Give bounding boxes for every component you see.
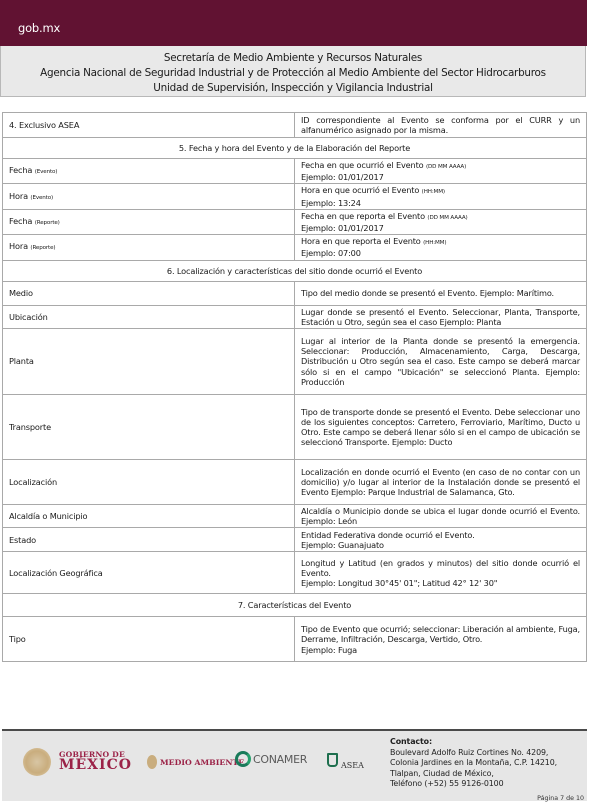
section-5-title: 5. Fecha y hora del Evento y de la Elabo… (3, 138, 587, 159)
row-label: Ubicación (3, 305, 295, 328)
gob-line-2: MÉXICO (59, 759, 132, 772)
national-seal-icon (23, 748, 51, 776)
table-row: Hora (Reporte) Hora en que reporta el Ev… (3, 235, 587, 260)
label-text: Hora (9, 241, 28, 251)
row-label: Alcaldía o Municipio (3, 505, 295, 528)
format-hint: (HH:MM) (423, 240, 446, 246)
example-text: Ejemplo: 13:24 (301, 198, 361, 208)
label-qualifier: (Reporte) (35, 220, 60, 226)
table-row: Planta Lugar al interior de la Planta do… (3, 329, 587, 395)
section-header-row: 6. Localización y características del si… (3, 260, 587, 281)
example-text: Ejemplo: 07:00 (301, 248, 361, 258)
table-row: Transporte Tipo de transporte donde se p… (3, 395, 587, 460)
example-text: Ejemplo: 01/01/2017 (301, 223, 384, 233)
row-label: Tipo (3, 617, 295, 662)
row-label: Fecha (Evento) (3, 159, 295, 184)
contact-block: Contacto: Boulevard Adolfo Ruiz Cortines… (390, 737, 557, 790)
row-description: Tipo de Evento que ocurrió; seleccionar:… (295, 617, 587, 662)
row-description: Fecha en que reporta el Evento (DD MM AA… (295, 209, 587, 234)
label-text: Fecha (9, 165, 32, 175)
seal-icon (147, 755, 157, 769)
row-label: Planta (3, 329, 295, 395)
row-description: Longitud y Latitud (en grados y minutos)… (295, 552, 587, 594)
row-label: Medio (3, 281, 295, 305)
row-label: 4. Exclusivo ASEA (3, 113, 295, 138)
row-label: Hora (Evento) (3, 184, 295, 209)
table-row: Alcaldía o Municipio Alcaldía o Municipi… (3, 505, 587, 528)
table-row: Hora (Evento) Hora en que ocurrió el Eve… (3, 184, 587, 209)
table-row: Localización Geográfica Longitud y Latit… (3, 552, 587, 594)
row-description: Alcaldía o Municipio donde se ubica el l… (295, 505, 587, 528)
row-description: Fecha en que ocurrió el Evento (DD MM AA… (295, 159, 587, 184)
contact-address-line: Colonia Jardines en la Montaña, C.P. 142… (390, 758, 557, 769)
medio-ambiente-logo: MEDIO AMBIENTE (147, 755, 244, 769)
gob-mx-brand[interactable]: gob.mx (18, 21, 60, 35)
contact-address-line: Boulevard Adolfo Ruiz Cortines No. 4209, (390, 748, 557, 759)
example-text: Ejemplo: 01/01/2017 (301, 172, 384, 182)
label-qualifier: (Evento) (35, 169, 58, 175)
row-description: Hora en que reporta el Evento (HH:MM)Eje… (295, 235, 587, 260)
row-description: Entidad Federativa donde ocurrió el Even… (295, 528, 587, 552)
row-label: Hora (Reporte) (3, 235, 295, 260)
row-description: Tipo del medio donde se presentó el Even… (295, 281, 587, 305)
table-row: 4. Exclusivo ASEA ID correspondiente al … (3, 113, 587, 138)
desc-text: Tipo de Evento que ocurrió; seleccionar:… (301, 624, 580, 644)
table-row: Tipo Tipo de Evento que ocurrió; selecci… (3, 617, 587, 662)
desc-text: Entidad Federativa donde ocurrió el Even… (301, 530, 475, 540)
format-hint: (DD MM AAAA) (427, 215, 467, 221)
conamer-c-icon (235, 751, 251, 767)
contact-phone: Teléfono (+52) 55 9126-0100 (390, 779, 557, 790)
row-description: ID correspondiente al Evento se conforma… (295, 113, 587, 138)
contact-address-line: Tlalpan, Ciudad de México, (390, 769, 557, 780)
conamer-text: CONAMER (253, 753, 307, 766)
agency-title-band: Secretaría de Medio Ambiente y Recursos … (0, 46, 586, 97)
conamer-logo: CONAMER (235, 751, 307, 767)
shield-icon (327, 753, 338, 767)
asea-logo: ASEA (327, 753, 364, 772)
row-label: Transporte (3, 395, 295, 460)
title-line-secretaria: Secretaría de Medio Ambiente y Recursos … (1, 51, 585, 66)
label-text: Hora (9, 191, 28, 201)
table-row: Fecha (Evento) Fecha en que ocurrió el E… (3, 159, 587, 184)
section-header-row: 5. Fecha y hora del Evento y de la Elabo… (3, 138, 587, 159)
section-7-title: 7. Características del Evento (3, 594, 587, 617)
desc-text: Fecha en que ocurrió el Evento (301, 160, 424, 170)
row-description: Localización en donde ocurrió el Evento … (295, 460, 587, 505)
medio-ambiente-text: MEDIO AMBIENTE (160, 758, 244, 767)
row-label: Estado (3, 528, 295, 552)
field-description-table: 4. Exclusivo ASEA ID correspondiente al … (2, 112, 587, 662)
example-text: Ejemplo: Longitud 30°45' 01"; Latitud 42… (301, 578, 497, 588)
desc-text: Hora en que reporta el Evento (301, 236, 421, 246)
table-row: Fecha (Reporte) Fecha en que reporta el … (3, 209, 587, 234)
label-text: Fecha (9, 216, 32, 226)
label-qualifier: (Reporte) (30, 245, 55, 251)
page-number: Página 7 de 10 (537, 795, 584, 802)
format-hint: (DD MM AAAA) (426, 164, 466, 170)
table-row: Ubicación Lugar donde se presentó el Eve… (3, 305, 587, 328)
title-line-agencia: Agencia Nacional de Seguridad Industrial… (1, 66, 585, 81)
desc-text: Fecha en que reporta el Evento (301, 211, 425, 221)
row-description: Lugar donde se presentó el Evento. Selec… (295, 305, 587, 328)
row-label: Localización (3, 460, 295, 505)
section-6-title: 6. Localización y características del si… (3, 260, 587, 281)
gobierno-de-mexico-wordmark: GOBIERNO DE MÉXICO (59, 750, 132, 772)
row-label: Localización Geográfica (3, 552, 295, 594)
asea-text: ASEA (341, 761, 364, 770)
example-text: Ejemplo: Guanajuato (301, 540, 384, 550)
format-hint: (HH:MM) (422, 189, 445, 195)
desc-text: Hora en que ocurrió el Evento (301, 185, 419, 195)
example-text: Ejemplo: Fuga (301, 645, 357, 655)
section-header-row: 7. Características del Evento (3, 594, 587, 617)
title-line-unidad: Unidad de Supervisión, Inspección y Vigi… (1, 81, 585, 96)
row-description: Hora en que ocurrió el Evento (HH:MM)Eje… (295, 184, 587, 209)
desc-text: Longitud y Latitud (en grados y minutos)… (301, 558, 580, 578)
row-description: Lugar al interior de la Planta donde se … (295, 329, 587, 395)
top-banner: gob.mx (0, 0, 587, 46)
contact-heading: Contacto: (390, 737, 557, 748)
table-row: Localización Localización en donde ocurr… (3, 460, 587, 505)
row-label: Fecha (Reporte) (3, 209, 295, 234)
label-qualifier: (Evento) (30, 195, 53, 201)
row-description: Tipo de transporte donde se presentó el … (295, 395, 587, 460)
page-footer: GOBIERNO DE MÉXICO MEDIO AMBIENTE CONAME… (2, 729, 587, 801)
table-row: Estado Entidad Federativa donde ocurrió … (3, 528, 587, 552)
table-row: Medio Tipo del medio donde se presentó e… (3, 281, 587, 305)
gobierno-de-mexico-logo (23, 748, 51, 776)
